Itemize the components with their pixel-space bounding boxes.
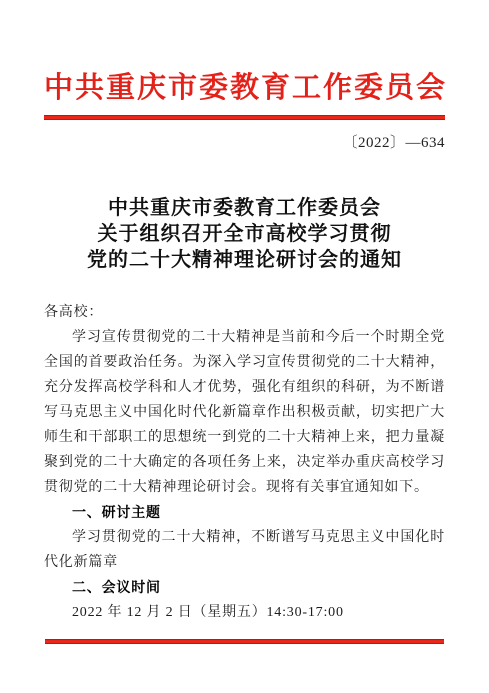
footer-divider-line [45, 639, 444, 644]
section-heading-2: 二、会议时间 [44, 575, 445, 600]
salutation: 各高校： [44, 300, 445, 325]
official-document-page: 中共重庆市委教育工作委员会 〔2022〕—634 中共重庆市委教育工作委员会 关… [0, 0, 489, 693]
document-title-line-2: 关于组织召开全市高校学习贯彻 [44, 221, 445, 247]
document-title-line-3: 党的二十大精神理论研讨会的通知 [44, 247, 445, 273]
section-body-1: 学习贯彻党的二十大精神，不断谱写马克思主义中国化时代化新篇章 [44, 525, 445, 575]
section-heading-1: 一、研讨主题 [44, 500, 445, 525]
letterhead-title: 中共重庆市委教育工作委员会 [44, 70, 445, 106]
intro-paragraph: 学习宣传贯彻党的二十大精神是当前和今后一个时期全党全国的首要政治任务。为深入学习… [44, 325, 445, 500]
document-body: 各高校： 学习宣传贯彻党的二十大精神是当前和今后一个时期全党全国的首要政治任务。… [44, 300, 445, 625]
document-title-line-1: 中共重庆市委教育工作委员会 [44, 195, 445, 221]
letterhead-divider-line [44, 115, 445, 120]
section-body-2: 2022 年 12 月 2 日（星期五）14:30-17:00 [44, 600, 445, 625]
document-title: 中共重庆市委教育工作委员会 关于组织召开全市高校学习贯彻 党的二十大精神理论研讨… [44, 195, 445, 273]
document-number: 〔2022〕—634 [44, 133, 445, 153]
